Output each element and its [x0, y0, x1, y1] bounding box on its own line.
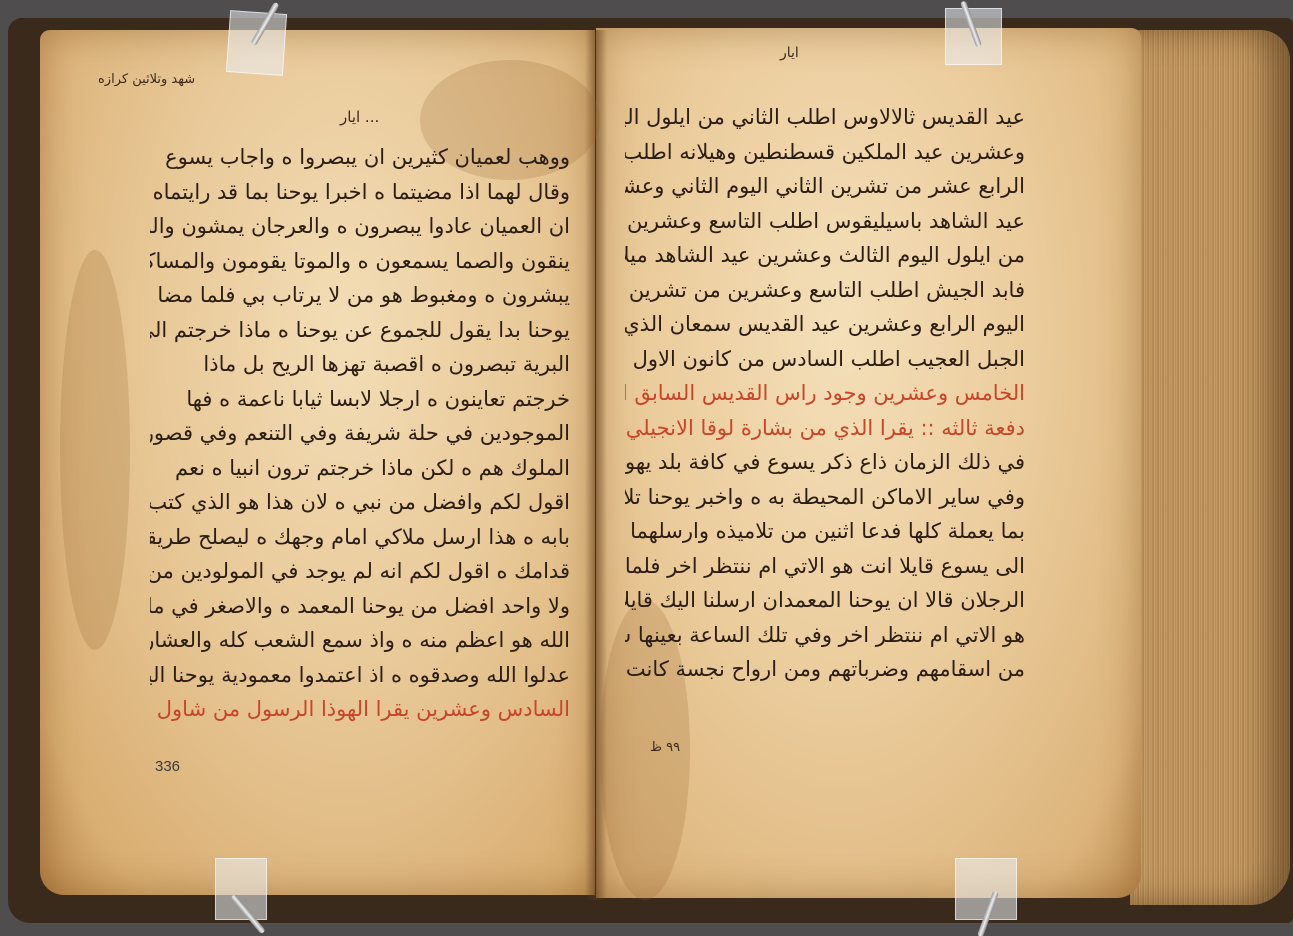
text-line: ووهب لعميان كثيرين ان يبصروا ه واجاب يسو… [150, 140, 570, 175]
text-line: هو الاتي ام ننتظر اخر وفي تلك الساعة بعي… [625, 618, 1025, 653]
folio-note: ٩٩ ظ [650, 740, 680, 755]
text-line: وعشرين عيد الملكين قسطنطين وهيلانه اطلب [625, 135, 1025, 170]
text-line: عدلوا الله وصدقوه ه اذ اعتمدوا معمودية ي… [150, 658, 570, 693]
text-line: الرابع عشر من تشرين الثاني اليوم الثاني … [625, 169, 1025, 204]
text-line: من ايلول اليوم الثالث وعشرين عيد الشاهد … [625, 238, 1025, 273]
text-line: الرجلان قالا ان يوحنا المعمدان ارسلنا ال… [625, 583, 1025, 618]
text-line: الجبل العجيب اطلب السادس من كانون الاول … [625, 342, 1025, 377]
text-line: قدامك ه اقول لكم انه لم يوجد في المولودي… [150, 554, 570, 589]
text-line: بابه ه هذا ارسل ملاكي امام وجهك ه ليصلح … [150, 520, 570, 555]
text-line: الى يسوع قايلا انت هو الاتي ام ننتظر اخر… [625, 549, 1025, 584]
text-line: ولا واحد افضل من يوحنا المعمد ه والاصغر … [150, 589, 570, 624]
text-line: يبشرون ه ومغبوط هو من لا يرتاب بي فلما م… [150, 278, 570, 313]
right-text-block: عيد القديس ثالالاوس اطلب الثاني من ايلول… [625, 100, 1025, 687]
text-line: في ذلك الزمان ذاع ذكر يسوع في كافة بلد ي… [625, 445, 1025, 480]
page-header: ... ايار [340, 108, 379, 126]
rubric-line: دفعة ثالثه :: يقرا الذي من بشارة لوقا ال… [625, 411, 1025, 446]
text-line: وقال لهما اذا مضيتما ه اخبرا يوحنا بما ق… [150, 175, 570, 210]
water-stain [60, 250, 130, 650]
text-line: فابد الجيش اطلب التاسع وعشرين من تشرين ا… [625, 273, 1025, 308]
rubric-line: الخامس وعشرين وجود راس القديس السابق الص… [625, 376, 1025, 411]
text-line: الملوك هم ه لكن ماذا خرجتم ترون انبيا ه … [150, 451, 570, 486]
text-line: اقول لكم وافضل من نبي ه لان هذا هو الذي … [150, 485, 570, 520]
text-line: الموجودين في حلة شريفة وفي التنعم وفي قص… [150, 416, 570, 451]
text-line: عيد الشاهد باسيليقوس اطلب التاسع وعشرين [625, 204, 1025, 239]
text-line: من اسقامهم وضرباتهم ومن ارواح نجسة كانت … [625, 652, 1025, 687]
text-line: ينقون والصما يسمعون ه والموتا يقومون وال… [150, 244, 570, 279]
text-line: الله هو اعظم منه ه واذ سمع الشعب كله وال… [150, 623, 570, 658]
page-fore-edge [1130, 30, 1290, 905]
text-line: البرية تبصرون ه اقصبة تهزها الريح بل ماذ… [150, 347, 570, 382]
page-header: ايار [780, 45, 799, 61]
text-line: يوحنا بدا يقول للجموع عن يوحنا ه ماذا خر… [150, 313, 570, 348]
text-line: وفي ساير الاماكن المحيطة به ه واخبر يوحن… [625, 480, 1025, 515]
text-line: عيد القديس ثالالاوس اطلب الثاني من ايلول… [625, 100, 1025, 135]
text-line: ان العميان عادوا يبصرون ه والعرجان يمشون… [150, 209, 570, 244]
margin-note: شهد وتلاثين كرازه [98, 72, 195, 87]
text-line: بما يعملة كلها فدعا اثنين من تلاميذه وار… [625, 514, 1025, 549]
rubric-line: السادس وعشرين يقرا الهوذا الرسول من شاول… [150, 692, 570, 727]
folio-number: 336 [155, 758, 180, 775]
text-line: اليوم الرابع وعشرين عيد القديس سمعان الذ… [625, 307, 1025, 342]
left-text-block: ووهب لعميان كثيرين ان يبصروا ه واجاب يسو… [150, 140, 570, 727]
text-line: خرجتم تعاينون ه ارجلا لابسا ثيابا ناعمة … [150, 382, 570, 417]
